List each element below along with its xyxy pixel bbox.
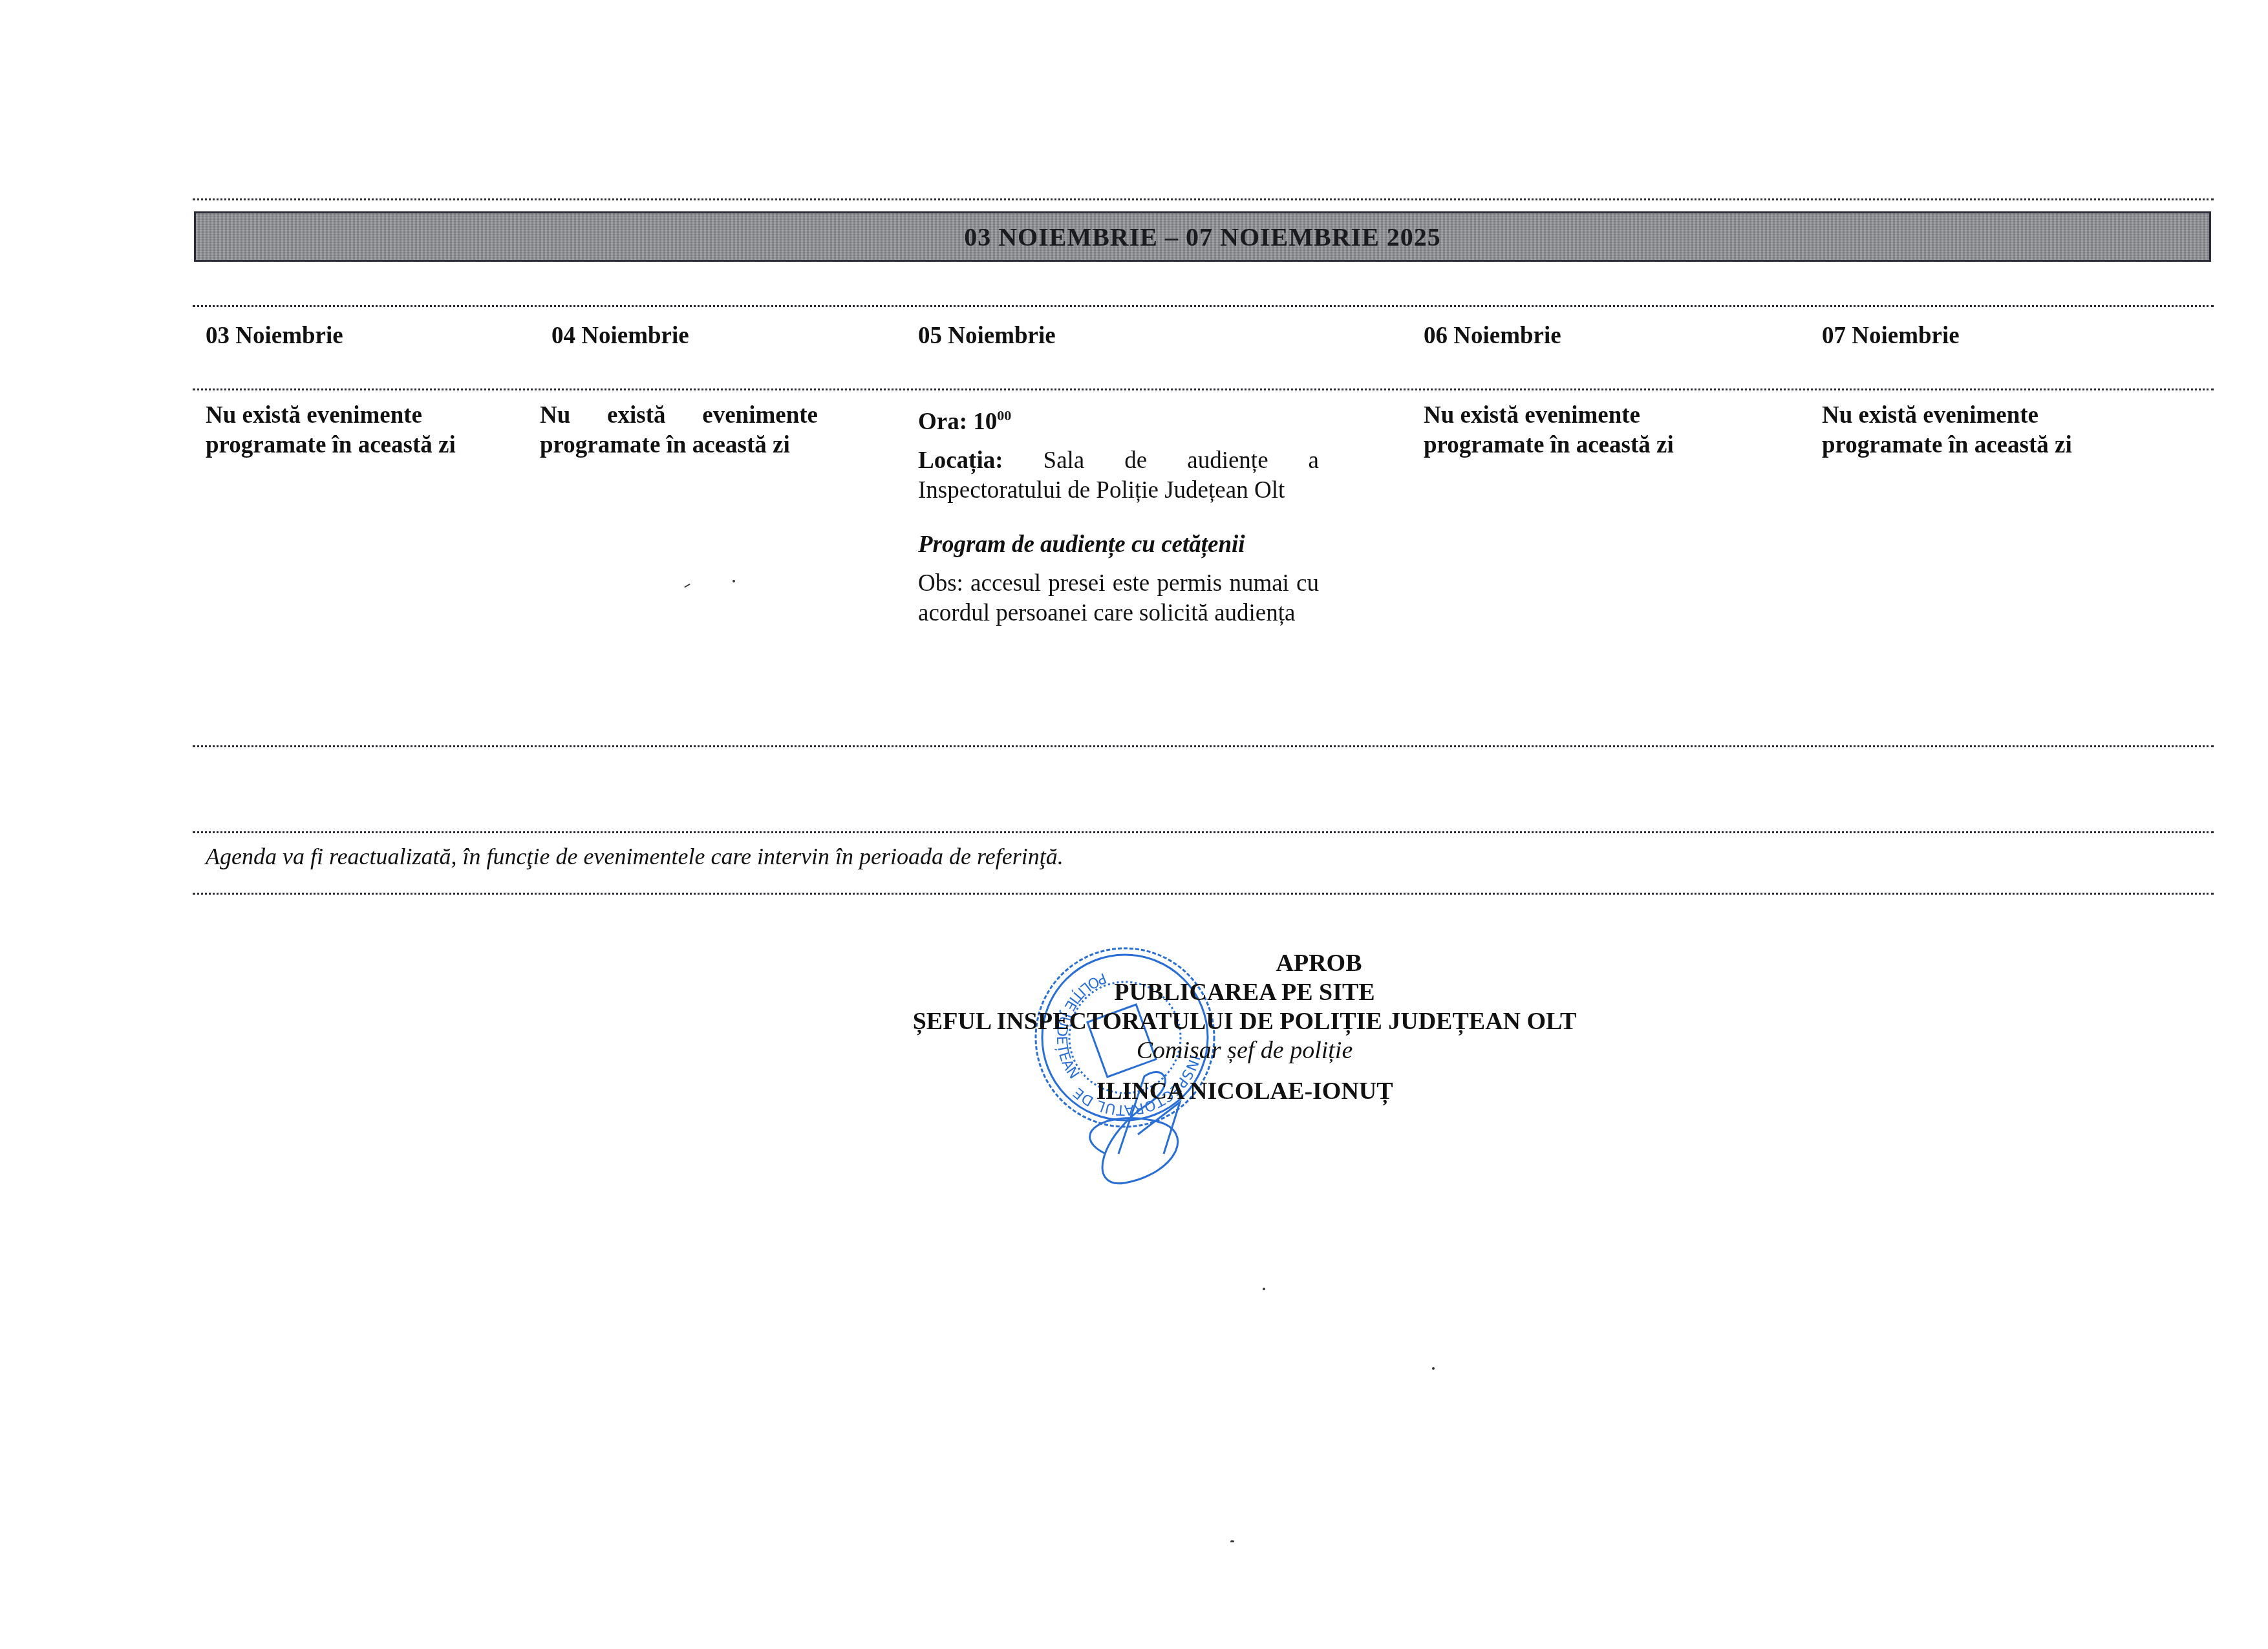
rule-header-bottom <box>193 388 2214 390</box>
event-time-label: Ora: <box>918 409 967 435</box>
approver-name: ILINCA NICOLAE-IONUȚ <box>776 1077 1713 1106</box>
rule-table-bottom <box>193 745 2214 747</box>
rule-footer-bottom <box>193 893 2214 895</box>
approval-subtitle: PUBLICAREA PE SITE <box>776 978 1713 1007</box>
period-title: 03 NOIEMBRIE – 07 NOIEMBRIE 2025 <box>964 222 1441 252</box>
scan-speck <box>1263 1288 1265 1290</box>
column-heading-03: 03 Noiembrie <box>206 322 343 350</box>
rule-top <box>193 198 2214 200</box>
event-time-hour: 10 <box>973 409 997 435</box>
approval-block: APROB PUBLICAREA PE SITE ȘEFUL INSPECTOR… <box>776 949 1713 1106</box>
event-time-minutes: 00 <box>997 407 1011 423</box>
scan-speck <box>684 584 690 588</box>
scan-speck <box>1432 1367 1435 1370</box>
day-content-03: Nu există evenimente programate în aceas… <box>206 401 484 460</box>
period-banner: 03 NOIEMBRIE – 07 NOIEMBRIE 2025 <box>194 211 2211 262</box>
day-content-06: Nu există evenimente programate în aceas… <box>1424 401 1702 460</box>
rule-header-top <box>193 305 2214 307</box>
event-note: Obs: accesul presei este permis numai cu… <box>918 569 1319 628</box>
column-heading-07: 07 Noiembrie <box>1822 322 1960 350</box>
approver-rank: Comisar șef de poliție <box>776 1036 1713 1065</box>
approver-position: ȘEFUL INSPECTORATULUI DE POLIȚIE JUDEȚEA… <box>776 1007 1713 1036</box>
event-time: Ora: 1000 <box>918 401 1319 437</box>
column-heading-06: 06 Noiembrie <box>1424 322 1561 350</box>
event-location-label: Locația: <box>918 447 1003 474</box>
scan-speck <box>733 580 735 582</box>
event-location: Locația: Sala de audiențe a Inspectoratu… <box>918 446 1319 505</box>
column-heading-05: 05 Noiembrie <box>918 322 1056 350</box>
rule-footer-top <box>193 831 2214 833</box>
column-heading-04: 04 Noiembrie <box>551 322 689 350</box>
day-content-07: Nu există evenimente programate în aceas… <box>1822 401 2100 460</box>
footer-note: Agenda va fi reactualizată, în funcţie d… <box>206 843 1064 870</box>
approval-title: APROB <box>776 949 1713 978</box>
day-content-05: Ora: 1000 Locația: Sala de audiențe a In… <box>918 401 1319 628</box>
event-title: Program de audiențe cu cetățenii <box>918 530 1319 560</box>
day-content-04: Nu există evenimente programate în aceas… <box>540 401 818 460</box>
scan-speck <box>1230 1540 1234 1542</box>
